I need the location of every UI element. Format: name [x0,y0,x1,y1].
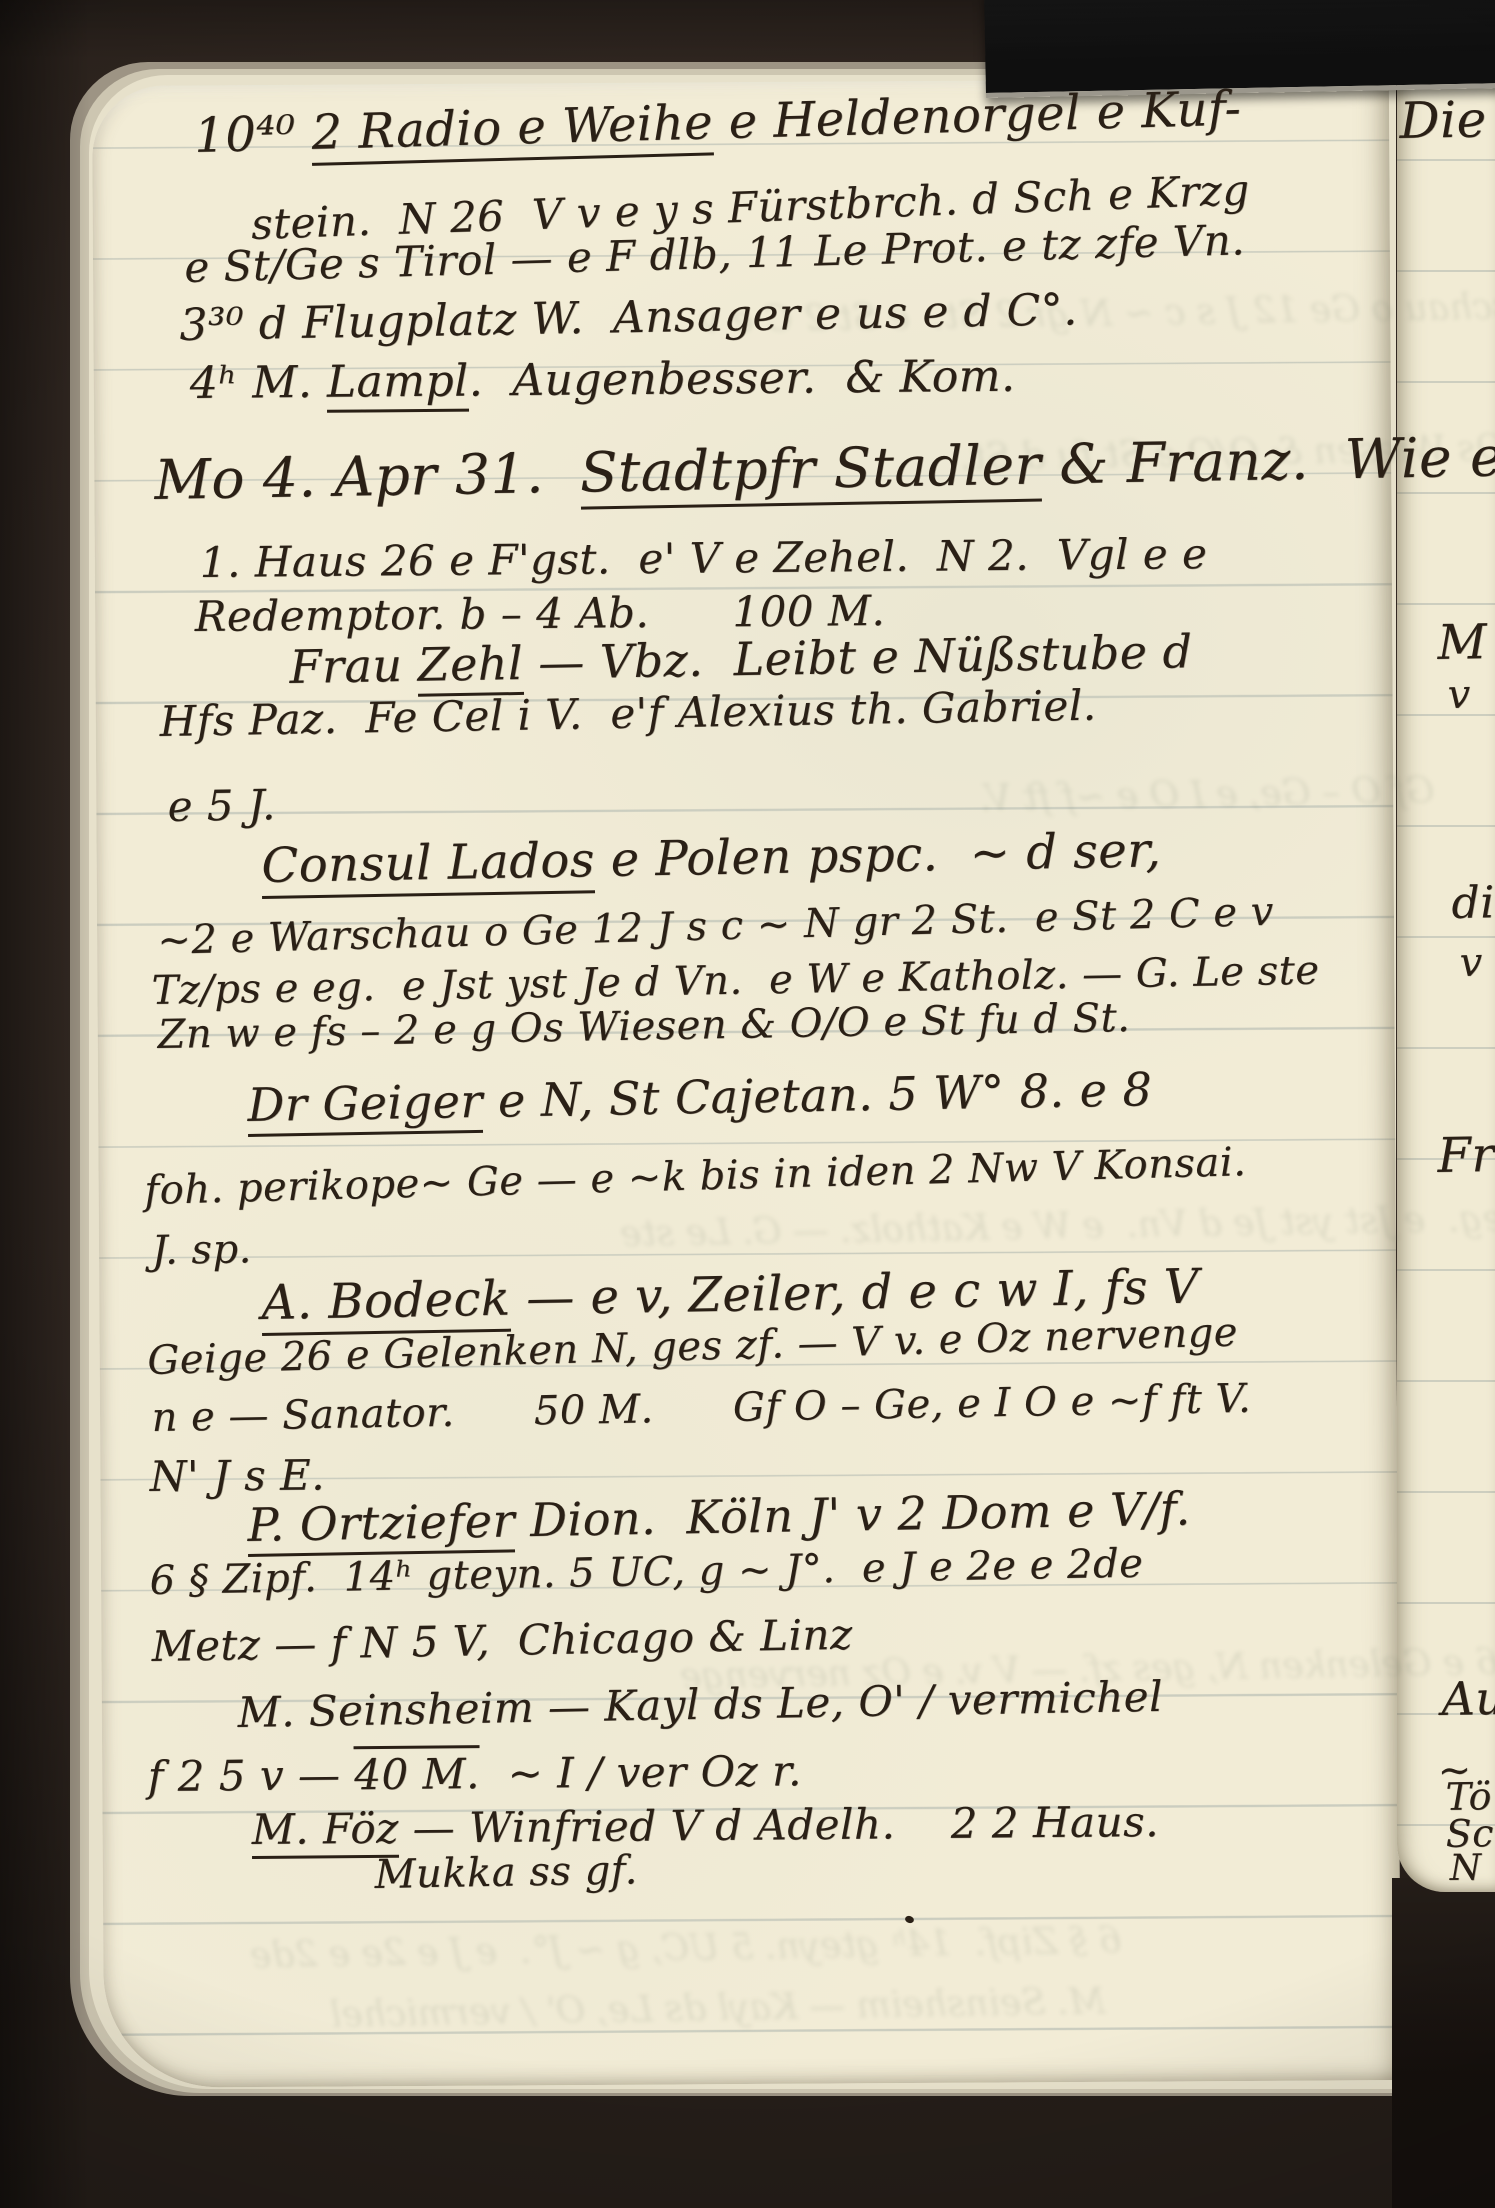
handwriting-fragment: N [1449,1847,1482,1889]
handwriting-fragment: M [1437,614,1488,671]
handwriting-fragment: Die [1399,90,1487,150]
handwriting-fragment: v [1447,672,1471,718]
handwriting-fragment: Au [1441,1671,1495,1726]
handwriting-fragment: di [1451,877,1495,929]
handwriting-fragment: v [1459,940,1483,986]
right-page-fragments: DieMvdivFreAu~TöScN [0,0,1495,2208]
handwriting-fragment: Fre [1437,1127,1495,1184]
